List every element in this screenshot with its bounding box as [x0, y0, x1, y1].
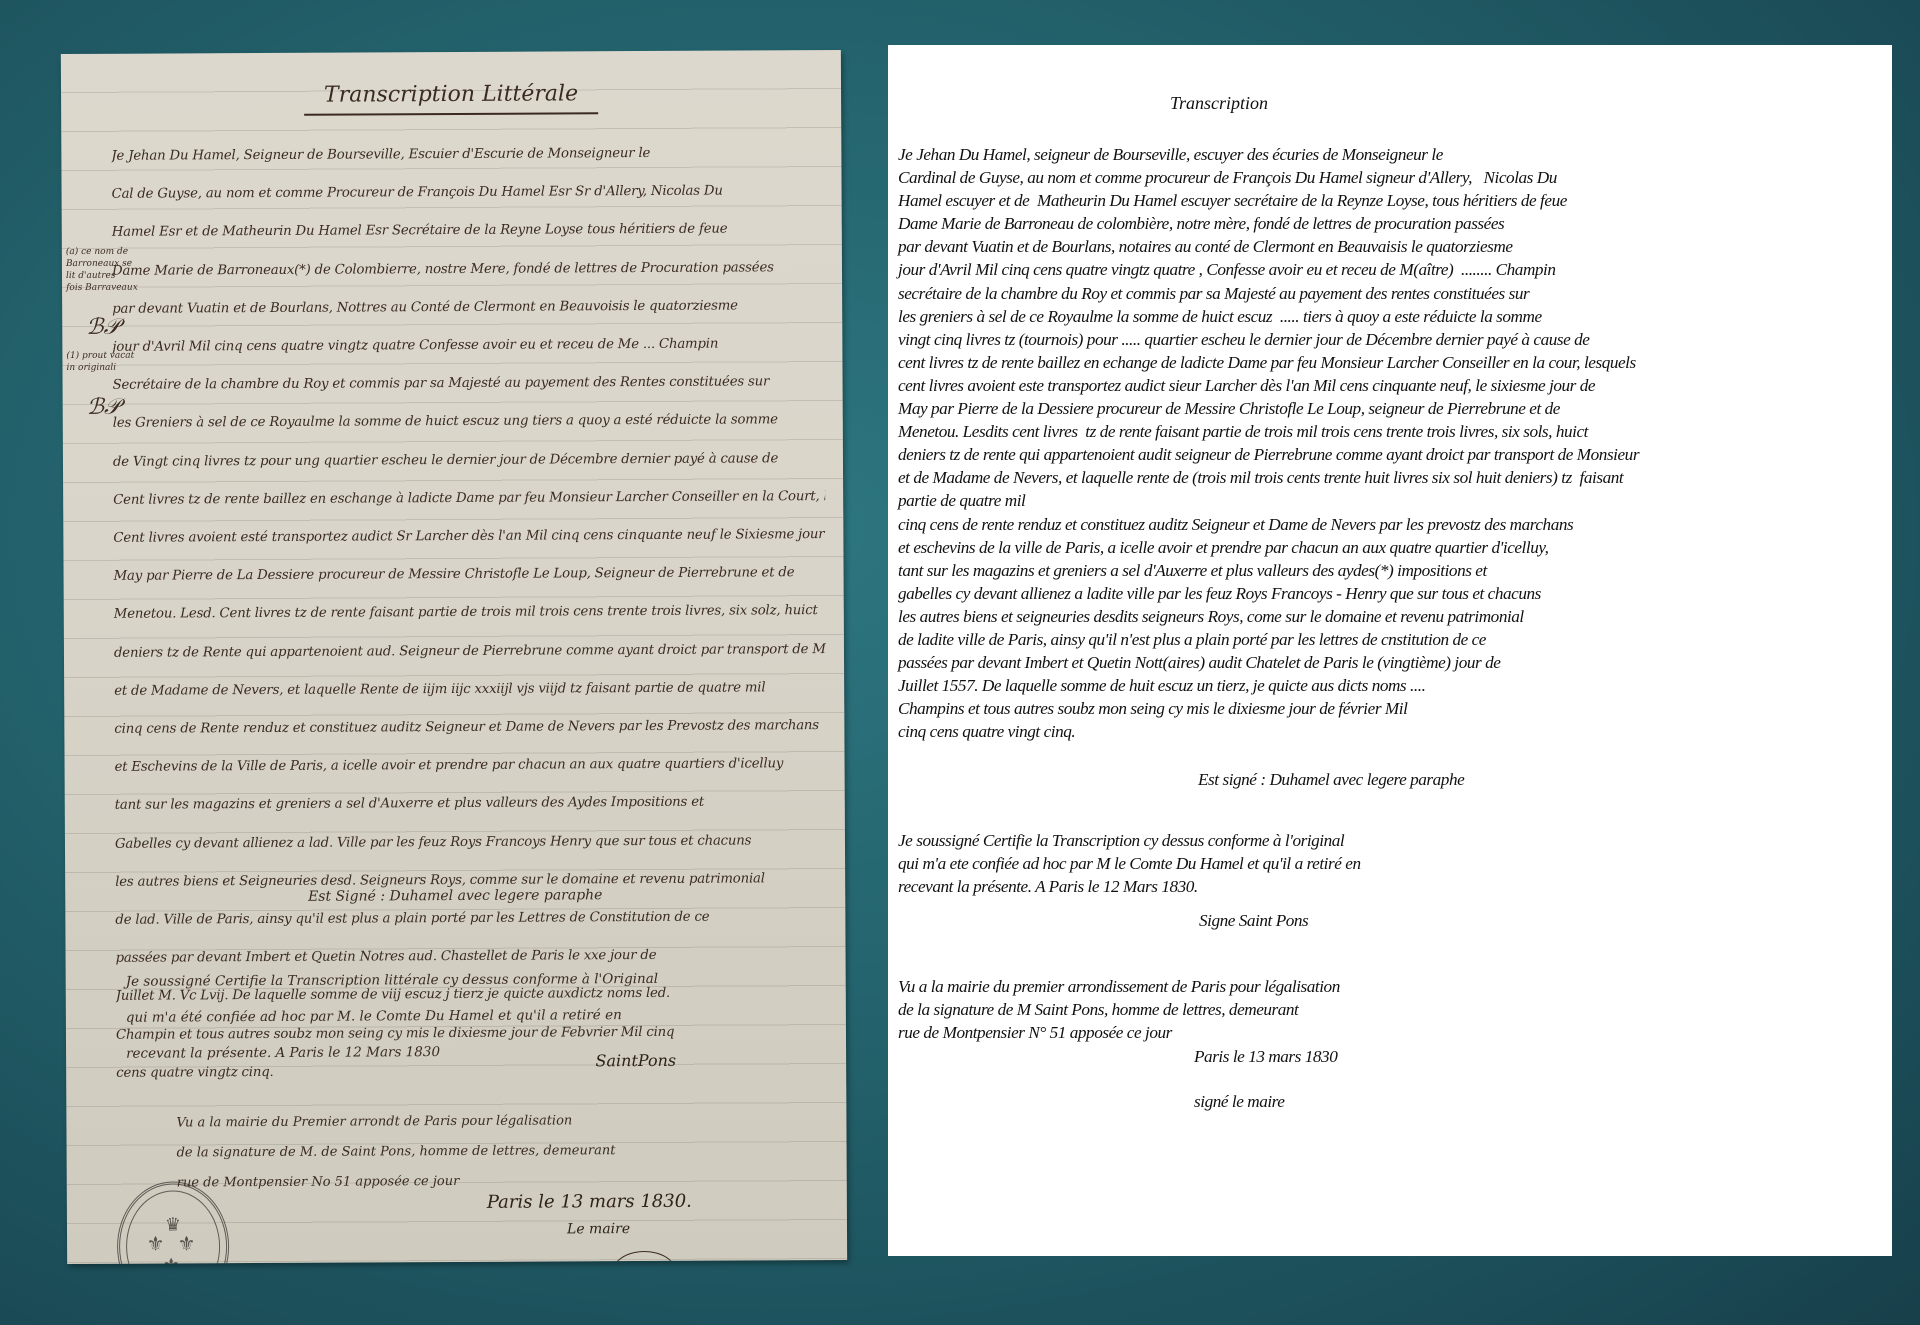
- mairie-line: rue de Montpensier N° 51 apposée ce jour: [898, 1021, 1888, 1044]
- saint-pons-signature: SaintPons: [595, 1051, 676, 1070]
- handwritten-line: Secrétaire de la chambre du Roy et commi…: [112, 363, 824, 405]
- transcription-line: cinq cens quatre vingt cinq.: [898, 720, 1888, 743]
- handwritten-mairie-signed: Le maire: [567, 1221, 630, 1237]
- handwritten-line: par devant Vuatin et de Bourlans, Nottre…: [112, 287, 824, 329]
- transcription-line: Juillet 1557. De laquelle somme de huit …: [898, 674, 1888, 697]
- transcription-line: Hamel escuyer et de Matheurin Du Hamel e…: [898, 189, 1888, 212]
- handwritten-line: Menetou. Lesd. Cent livres tz de rente f…: [114, 592, 826, 634]
- typed-transcription-panel: Transcription Je Jehan Du Hamel, seigneu…: [888, 45, 1892, 1256]
- transcription-mairie-date: Paris le 13 mars 1830: [1194, 1047, 1337, 1067]
- transcription-line: Cardinal de Guyse, au nom et comme procu…: [898, 166, 1888, 189]
- handwritten-title: Transcription Littérale: [61, 80, 841, 109]
- handwritten-line: tant sur les magazins et greniers a sel …: [115, 784, 827, 826]
- handwritten-line: Cent livres tz de rente baillez en escha…: [113, 478, 825, 520]
- handwritten-title-text: Transcription Littérale: [304, 81, 598, 116]
- transcription-line: cent livres avoient este transportez aud…: [898, 374, 1888, 397]
- mairie-line: de la signature de M. de Saint Pons, hom…: [177, 1135, 827, 1168]
- maire-signature: D. Vigne: [612, 1251, 676, 1264]
- handwritten-line: et de Madame de Nevers, et laquelle Rent…: [114, 669, 826, 711]
- transcription-mairie-note: Vu a la mairie du premier arrondissement…: [898, 975, 1888, 1044]
- stamp-ring: [126, 1190, 221, 1264]
- transcription-line: deniers tz de rente qui appartenoient au…: [898, 443, 1888, 466]
- handwritten-line: jour d'Avril Mil cinq cens quatre vingtz…: [112, 325, 824, 367]
- mairie-line: de la signature de M Saint Pons, homme d…: [898, 998, 1888, 1021]
- transcription-line: tant sur les magazins et greniers a sel …: [898, 559, 1888, 582]
- transcription-line: secrétaire de la chambre du Roy et commi…: [898, 282, 1888, 305]
- transcription-line: de ladite ville de Paris, ainsy qu'il n'…: [898, 628, 1888, 651]
- handwritten-line: cinq cens de Rente renduz et constituez …: [114, 707, 826, 749]
- handwritten-line: et Eschevins de la Ville de Paris, a ice…: [114, 745, 826, 787]
- handwritten-line: Dame Marie de Barroneaux(*) de Colombier…: [112, 249, 824, 291]
- certification-line: qui m'a été confiée ad hoc par M. le Com…: [126, 996, 826, 1036]
- mairie-line: Vu a la mairie du Premier arrondt de Par…: [176, 1105, 826, 1138]
- transcription-line: Champins et tous autres soubz mon seing …: [898, 697, 1888, 720]
- handwritten-line: Cal de Guyse, au nom et comme Procureur …: [111, 172, 823, 214]
- certification-line: recevant la présente. A Paris le 12 Mars…: [126, 1032, 826, 1072]
- transcription-line: May par Pierre de la Dessiere procureur …: [898, 397, 1888, 420]
- handwritten-mairie-note: Vu a la mairie du Premier arrondt de Par…: [176, 1105, 826, 1198]
- certification-line: Je soussigné Certifie la Transcription c…: [898, 829, 1888, 852]
- transcription-line: partie de quatre mil: [898, 489, 1888, 512]
- transcription-line: Menetou. Lesdits cent livres tz de rente…: [898, 420, 1888, 443]
- handwritten-line: les Greniers à sel de ce Royaulme la som…: [113, 401, 825, 443]
- handwritten-mairie-date: Paris le 13 mars 1830.: [487, 1191, 692, 1213]
- transcription-line: jour d'Avril Mil cinq cens quatre vingtz…: [898, 258, 1888, 281]
- handwritten-line: deniers tz de Rente qui appartenoient au…: [114, 631, 826, 673]
- transcription-line: vingt cinq livres tz (tournois) pour ...…: [898, 328, 1888, 351]
- certification-line: qui m'a ete confiée ad hoc par M le Comt…: [898, 852, 1888, 875]
- certification-line: Je soussigné Certifie la Transcription l…: [126, 960, 826, 1000]
- transcription-line: gabelles cy devant allienez a ladite vil…: [898, 582, 1888, 605]
- handwritten-certification: Je soussigné Certifie la Transcription l…: [126, 960, 827, 1072]
- handwritten-line: Je Jehan Du Hamel, Seigneur de Boursevil…: [111, 134, 823, 176]
- handwritten-document-photo: Transcription Littérale (a) ce nom de Ba…: [61, 50, 847, 1264]
- handwritten-line: de Vingt cinq livres tz pour ung quartie…: [113, 440, 825, 482]
- handwritten-line: Cent livres avoient esté transportez aud…: [113, 516, 825, 558]
- transcription-title: Transcription: [1170, 93, 1268, 114]
- transcription-body: Je Jehan Du Hamel, seigneur de Boursevil…: [898, 143, 1888, 743]
- transcription-line: les greniers à sel de ce Royaulme la som…: [898, 305, 1888, 328]
- transcription-line: cent livres tz de rente baillez en echan…: [898, 351, 1888, 374]
- handwritten-body: Je Jehan Du Hamel, Seigneur de Boursevil…: [111, 134, 828, 1093]
- transcription-line: et eschevins de la ville de Paris, a ice…: [898, 536, 1888, 559]
- handwritten-line: Hamel Esr et de Matheurin Du Hamel Esr S…: [112, 210, 824, 252]
- transcription-signed-line: Est signé : Duhamel avec legere paraphe: [1198, 770, 1464, 790]
- handwritten-line: Gabelles cy devant allienez a lad. Ville…: [115, 822, 827, 864]
- handwritten-line: May par Pierre de La Dessiere procureur …: [113, 554, 825, 596]
- transcription-line: passées par devant Imbert et Quetin Nott…: [898, 651, 1888, 674]
- transcription-line: Je Jehan Du Hamel, seigneur de Boursevil…: [898, 143, 1888, 166]
- transcription-line: Dame Marie de Barroneau de colombière, n…: [898, 212, 1888, 235]
- transcription-line: et de Madame de Nevers, et laquelle rent…: [898, 466, 1888, 489]
- signature-saint-pons: Signe Saint Pons: [1199, 911, 1308, 931]
- transcription-mairie-signed: signé le maire: [1194, 1092, 1284, 1112]
- transcription-line: les autres biens et seigneuries desdits …: [898, 605, 1888, 628]
- mairie-line: Vu a la mairie du premier arrondissement…: [898, 975, 1888, 998]
- transcription-certification: Je soussigné Certifie la Transcription c…: [898, 829, 1888, 898]
- transcription-line: par devant Vuatin et de Bourlans, notair…: [898, 235, 1888, 258]
- certification-line: recevant la présente. A Paris le 12 Mars…: [898, 875, 1888, 898]
- transcription-line: cinq cens de rente renduz et constituez …: [898, 513, 1888, 536]
